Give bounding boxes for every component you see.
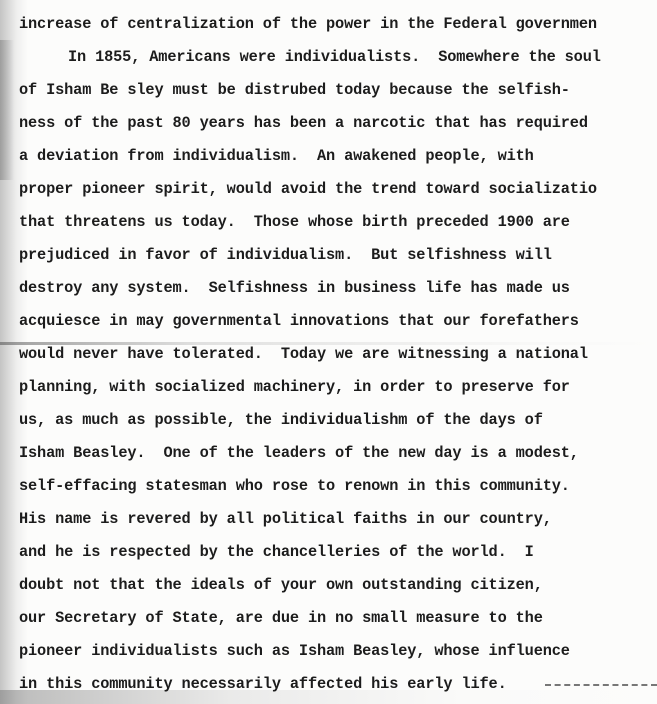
text-line: planning, with socialized machinery, in … [19,371,657,404]
text-line: proper pioneer spirit, would avoid the t… [19,173,657,206]
text-line: of Isham Be sley must be distrubed today… [19,74,657,107]
scanned-page: increase of centralization of the power … [0,0,657,704]
text-line: His name is revered by all political fai… [19,503,657,536]
text-line: prejudiced in favor of individualism. Bu… [19,239,657,272]
text-line: ness of the past 80 years has been a nar… [19,107,657,140]
text-line: a deviation from individualism. An awake… [19,140,657,173]
text-line: acquiesce in may governmental innovation… [19,305,657,338]
text-line: Isham Beasley. One of the leaders of the… [19,437,657,470]
text-line: destroy any system. Selfishness in busin… [19,272,657,305]
text-line: pioneer individualists such as Isham Bea… [19,635,657,668]
text-line: In 1855, Americans were individualists. … [19,41,657,74]
scan-edge-dark-patch [0,40,14,180]
typewritten-text: increase of centralization of the power … [19,8,657,701]
text-line: would never have tolerated. Today we are… [19,338,657,371]
text-line: doubt not that the ideals of your own ou… [19,569,657,602]
text-line: increase of centralization of the power … [19,8,657,41]
text-line: that threatens us today. Those whose bir… [19,206,657,239]
text-line: and he is respected by the chancelleries… [19,536,657,569]
text-line: us, as much as possible, the individuali… [19,404,657,437]
trailing-dash-mark [545,684,657,687]
text-line: our Secretary of State, are due in no sm… [19,602,657,635]
text-line: self-effacing statesman who rose to reno… [19,470,657,503]
